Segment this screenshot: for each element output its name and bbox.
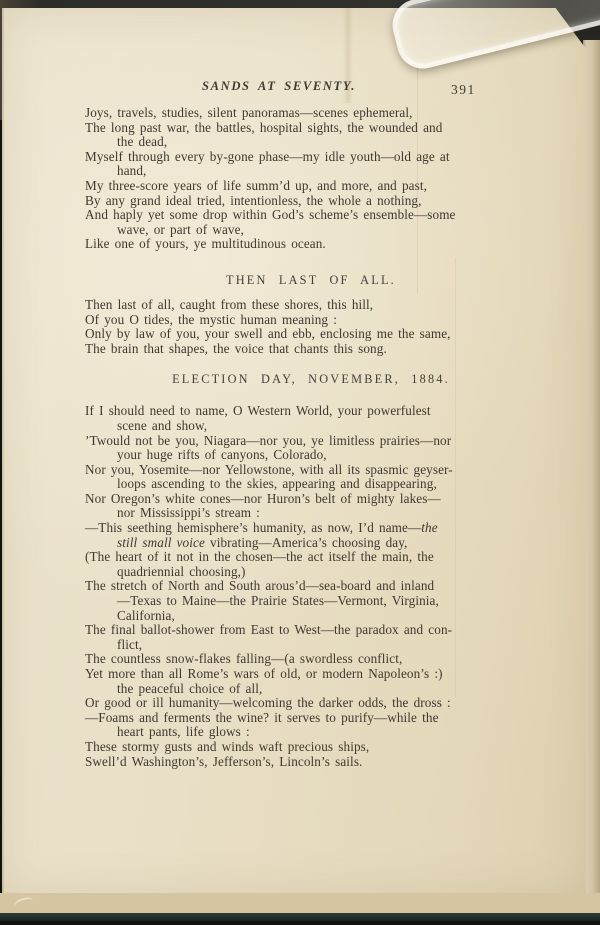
poem-line-text: —This seething hemisphere’s humanity, as… (85, 520, 421, 535)
poem-line-text: The final ballot-shower from East to Wes… (85, 622, 452, 637)
poem-line: quadriennial choosing,) (85, 565, 537, 580)
running-title: SANDS AT SEVENTY. (202, 79, 356, 93)
poem-line-text: Nor you, Yosemite—nor Yellowstone, with … (85, 462, 453, 477)
poem-line-text: The brain that shapes, the voice that ch… (85, 341, 387, 356)
poem-line: Yet more than all Rome’s wars of old, or… (85, 667, 537, 682)
poem-line: Nor Oregon’s white cones—nor Huron’s bel… (85, 492, 537, 507)
poem-line: still small voice vibrating—America’s ch… (85, 536, 537, 551)
poem-line: nor Mississippi’s stream : (85, 506, 537, 521)
poem-line: flict, (85, 638, 537, 653)
poem-line: The final ballot-shower from East to Wes… (85, 623, 537, 638)
poem-line: —Foams and ferments the wine? it serves … (85, 711, 537, 726)
poem-line-text: loops ascending to the skies, appearing … (117, 476, 437, 491)
poem-line: wave, or part of wave, (85, 223, 537, 238)
poem-line: Joys, travels, studies, silent panoramas… (85, 106, 537, 121)
poem-line-text: Only by law of you, your swell and ebb, … (85, 326, 451, 341)
poem-line: Of you O tides, the mystic human meaning… (85, 313, 537, 328)
poem-line: These stormy gusts and winds waft precio… (85, 740, 537, 755)
poem-line-text: The countless snow-flakes falling—(a swo… (85, 651, 402, 666)
poem-line-text: quadriennial choosing,) (117, 564, 246, 579)
book-page: SANDS AT SEVENTY. 391 Joys, travels, stu… (2, 8, 586, 895)
poem-line-text: Yet more than all Rome’s wars of old, or… (85, 666, 443, 681)
poem-line: ’Twould not be you, Niagara—nor you, ye … (85, 434, 537, 449)
poem-line: My three-score years of life summ’d up, … (85, 179, 537, 194)
poem-line-text: still small voice (117, 535, 205, 550)
poem-line-text: —Texas to Maine—the Prairie States—Vermo… (117, 593, 439, 608)
poem-line: California, (85, 609, 537, 624)
poem-line: —This seething hemisphere’s humanity, as… (85, 521, 537, 536)
poem-line-text: your huge rifts of canyons, Colorado, (117, 447, 327, 462)
poem-section: If I should need to name, O Western Worl… (85, 404, 537, 769)
poem-line-text: Of you O tides, the mystic human meaning… (85, 312, 337, 327)
poem-section: Joys, travels, studies, silent panoramas… (85, 106, 537, 252)
poem-line: (The heart of it not in the chosen—the a… (85, 550, 537, 565)
poem-line: By any grand ideal tried, intentionless,… (85, 194, 537, 209)
poem-line: Myself through every by-gone phase—my id… (85, 150, 537, 165)
poem-line-text: Or good or ill humanity—welcoming the da… (85, 695, 451, 710)
poem-line: Only by law of you, your swell and ebb, … (85, 327, 537, 342)
poem-line-text: Swell’d Washington’s, Jefferson’s, Linco… (85, 754, 362, 769)
poem-line-text: vibrating—America’s choosing day, (205, 535, 408, 550)
poem-line-text: By any grand ideal tried, intentionless,… (85, 193, 422, 208)
book-cover-edge (0, 913, 600, 921)
poem-line-text: California, (117, 608, 175, 623)
poem-line-text: Joys, travels, studies, silent panoramas… (85, 105, 413, 120)
book-scan: SANDS AT SEVENTY. 391 Joys, travels, stu… (0, 0, 600, 925)
poem-line: The brain that shapes, the voice that ch… (85, 342, 537, 357)
running-header: SANDS AT SEVENTY. (83, 77, 475, 95)
poem-line-text: hand, (117, 163, 146, 178)
poem-line: hand, (85, 164, 537, 179)
poem-line-text: The long past war, the battles, hospital… (85, 120, 442, 135)
section-heading: ELECTION DAY, NOVEMBER, 1884. (85, 372, 537, 387)
poem-line-text: Then last of all, caught from these shor… (85, 297, 373, 312)
poem-line-text: the (421, 520, 437, 535)
page-number: 391 (451, 82, 476, 98)
poem-section: Then last of all, caught from these shor… (85, 298, 537, 356)
text-column: Joys, travels, studies, silent panoramas… (85, 106, 537, 769)
poem-line: loops ascending to the skies, appearing … (85, 477, 537, 492)
poem-line-text: the dead, (117, 134, 167, 149)
poem-line-text: Like one of yours, ye multitudinous ocea… (85, 236, 326, 251)
poem-line-text: Myself through every by-gone phase—my id… (85, 149, 450, 164)
poem-line: The countless snow-flakes falling—(a swo… (85, 652, 537, 667)
poem-line: If I should need to name, O Western Worl… (85, 404, 537, 419)
poem-line-text: flict, (117, 637, 142, 652)
poem-line: The long past war, the battles, hospital… (85, 121, 537, 136)
poem-line: Nor you, Yosemite—nor Yellowstone, with … (85, 463, 537, 478)
poem-line-text: scene and show, (117, 418, 207, 433)
poem-line: Or good or ill humanity—welcoming the da… (85, 696, 537, 711)
section-heading: THEN LAST OF ALL. (85, 273, 537, 288)
poem-line: —Texas to Maine—the Prairie States—Vermo… (85, 594, 537, 609)
poem-line-text: (The heart of it not in the chosen—the a… (85, 549, 434, 564)
poem-line: Swell’d Washington’s, Jefferson’s, Linco… (85, 755, 537, 770)
poem-line-text: wave, or part of wave, (117, 222, 244, 237)
poem-line-text: nor Mississippi’s stream : (117, 505, 260, 520)
poem-line: Like one of yours, ye multitudinous ocea… (85, 237, 537, 252)
page-edges-bottom (0, 893, 600, 913)
poem-line: the dead, (85, 135, 537, 150)
poem-line-text: —Foams and ferments the wine? it serves … (85, 710, 439, 725)
poem-line-text: My three-score years of life summ’d up, … (85, 178, 427, 193)
poem-line: Then last of all, caught from these shor… (85, 298, 537, 313)
poem-line: And haply yet some drop within God’s sch… (85, 208, 537, 223)
poem-line: scene and show, (85, 419, 537, 434)
poem-line-text: The stretch of North and South arous’d—s… (85, 578, 434, 593)
poem-line-text: heart pants, life glows : (117, 724, 250, 739)
poem-line: The stretch of North and South arous’d—s… (85, 579, 537, 594)
poem-line-text: If I should need to name, O Western Worl… (85, 403, 431, 418)
poem-line-text: And haply yet some drop within God’s sch… (85, 207, 456, 222)
poem-line-text: the peaceful choice of all, (117, 681, 262, 696)
poem-line: the peaceful choice of all, (85, 682, 537, 697)
poem-line-text: Nor Oregon’s white cones—nor Huron’s bel… (85, 491, 441, 506)
poem-line: heart pants, life glows : (85, 725, 537, 740)
poem-line: your huge rifts of canyons, Colorado, (85, 448, 537, 463)
poem-line-text: ’Twould not be you, Niagara—nor you, ye … (85, 433, 451, 448)
poem-line-text: These stormy gusts and winds waft precio… (85, 739, 369, 754)
